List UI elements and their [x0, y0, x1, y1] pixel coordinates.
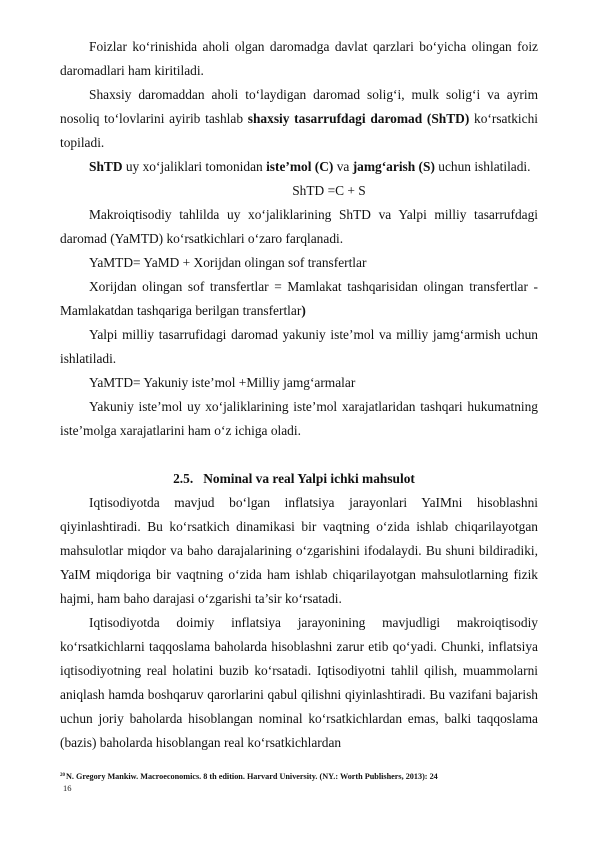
- closing-paren: ): [301, 303, 305, 318]
- text-run: uchun ishlatiladi.: [435, 159, 531, 174]
- paragraph-shtd-usage: ShTD uy xo‘jaliklari tomonidan iste’mol …: [60, 155, 538, 179]
- paragraph-real-indicators: Iqtisodiyotda doimiy inflatsiya jarayoni…: [60, 611, 538, 755]
- formula-yamtd-consumption: YaMTD= Yakuniy iste’mol +Milliy jamg‘arm…: [60, 371, 538, 395]
- page-body: Foizlar ko‘rinishida aholi olgan daromad…: [60, 35, 538, 755]
- footnote-text: N. Gregory Mankiw. Macroeconomics. 8 th …: [66, 772, 438, 781]
- footnote: 20N. Gregory Mankiw. Macroeconomics. 8 t…: [60, 771, 540, 782]
- term-saving: jamg‘arish (S): [353, 159, 435, 174]
- term-shtd-short: ShTD: [89, 159, 123, 174]
- formula-shtd: ShTD =C + S: [60, 179, 538, 203]
- text-run: Xorijdan olingan sof transfertlar = Maml…: [60, 279, 538, 318]
- paragraph-interest-income: Foizlar ko‘rinishida aholi olgan daromad…: [60, 35, 538, 83]
- paragraph-net-transfers: Xorijdan olingan sof transfertlar = Maml…: [60, 275, 538, 323]
- term-shtd: shaxsiy tasarrufdagi daromad (ShTD): [248, 111, 470, 126]
- paragraph-final-consumption: Yakuniy iste’mol uy xo‘jaliklarining ist…: [60, 395, 538, 443]
- text-run: uy xo‘jaliklari tomonidan: [123, 159, 267, 174]
- paragraph-inflation-gdp: Iqtisodiyotda mavjud bo‘lgan inflatsiya …: [60, 491, 538, 611]
- paragraph-yamtd-usage: Yalpi milliy tasarrufidagi daromad yakun…: [60, 323, 538, 371]
- section-title: Nominal va real Yalpi ichki mahsulot: [203, 471, 415, 486]
- term-consumption: iste’mol (C): [266, 159, 333, 174]
- formula-yamtd-transfers: YaMTD= YaMD + Xorijdan olingan sof trans…: [60, 251, 538, 275]
- footnote-marker: 20: [60, 773, 65, 778]
- section-heading: 2.5.Nominal va real Yalpi ichki mahsulot: [60, 467, 538, 491]
- section-number: 2.5.: [173, 471, 193, 486]
- page-number: 16: [63, 783, 72, 793]
- paragraph-disposable-income: Shaxsiy daromaddan aholi to‘laydigan dar…: [60, 83, 538, 155]
- text-run: va: [333, 159, 352, 174]
- paragraph-yamtd-difference: Makroiqtisodiy tahlilda uy xo‘jaliklarin…: [60, 203, 538, 251]
- document-page: Foizlar ko‘rinishida aholi olgan daromad…: [0, 0, 596, 842]
